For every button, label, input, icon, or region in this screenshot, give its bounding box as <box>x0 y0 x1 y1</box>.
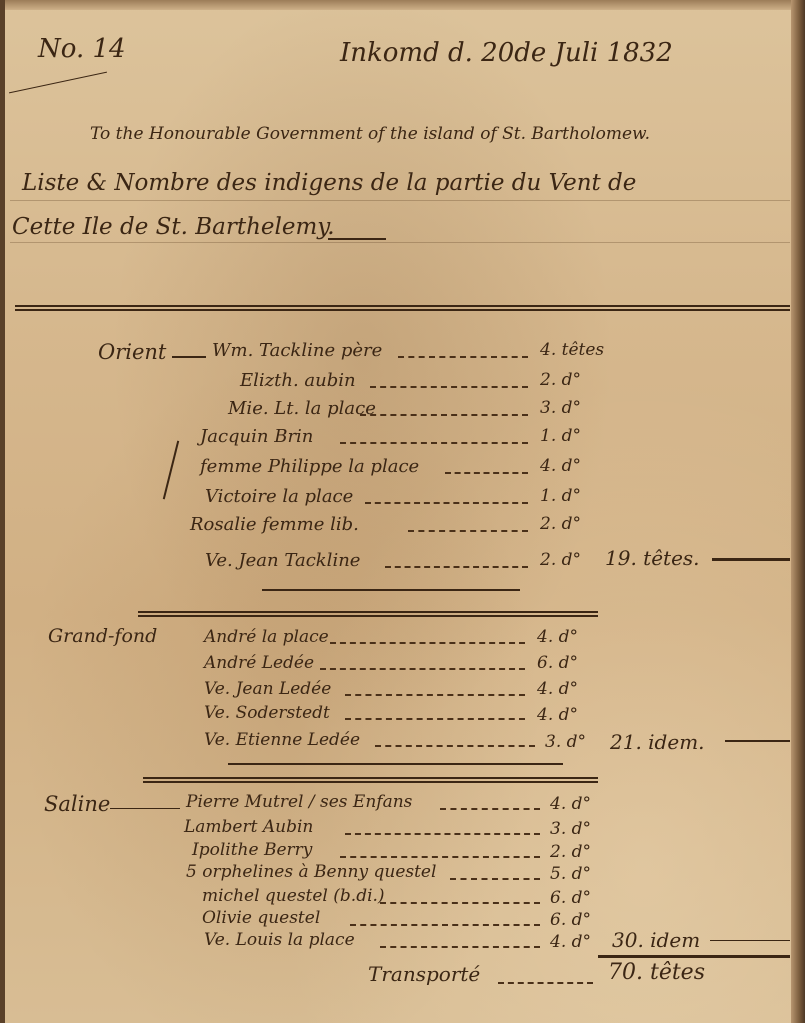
section-underline <box>262 589 520 591</box>
number-flourish <box>9 72 107 94</box>
leader-dots <box>440 808 540 810</box>
section-double-rule <box>143 777 598 779</box>
book-spine-edge <box>791 0 805 1023</box>
entry-name: Victoire la place <box>205 486 353 507</box>
leader-dots <box>498 982 593 984</box>
transport-total: 70. têtes <box>608 960 705 985</box>
entry-count: 3. d° <box>550 819 591 839</box>
entry-name: Wm. Tackline père <box>212 340 382 361</box>
entry-count: 3. d° <box>545 732 586 752</box>
leader-dots <box>380 902 540 904</box>
leader-dots <box>370 386 528 388</box>
leader-dots <box>340 856 540 858</box>
section-underline <box>228 763 563 765</box>
leader-dots <box>408 530 528 532</box>
entry-name: Rosalie femme lib. <box>190 514 359 535</box>
title-line-2: Cette Ile de St. Barthelemy. <box>12 214 335 240</box>
entry-name: michel questel (b.di.) <box>202 886 385 906</box>
entry-name: femme Philippe la place <box>200 456 419 477</box>
entry-count: 2. d° <box>550 842 591 862</box>
page-edge-left <box>0 0 5 1023</box>
entry-count: 1. d° <box>540 426 581 446</box>
total-rule <box>598 955 790 958</box>
entry-count: 2. d° <box>540 514 581 534</box>
entry-count: 2. d° <box>540 370 581 390</box>
document-number: No. 14 <box>38 34 126 64</box>
entry-name: 5 orphelines à Benny questel <box>186 862 436 882</box>
entry-name: Olivie questel <box>202 908 320 928</box>
bracket-stroke <box>163 441 179 500</box>
entry-count: 5. d° <box>550 864 591 884</box>
leader-dots <box>330 642 525 644</box>
address-line: To the Honourable Government of the isla… <box>90 124 650 144</box>
district-label-orient: Orient <box>98 340 166 364</box>
district-label-grand-fond: Grand-fond <box>48 625 157 647</box>
entry-name: Ve. Jean Ledée <box>204 679 331 699</box>
entry-count: 6. d° <box>550 888 591 908</box>
entry-count: 6. d° <box>550 910 591 930</box>
leader-dots <box>350 924 540 926</box>
entry-count: 4. têtes <box>540 340 604 360</box>
district-dash <box>110 808 180 809</box>
leader-dots <box>445 472 528 474</box>
leader-dots <box>345 694 525 696</box>
page-edge-top <box>0 0 805 10</box>
leader-dots <box>340 442 528 444</box>
entry-count: 1. d° <box>540 486 581 506</box>
title-line-1: Liste & Nombre des indigens de la partie… <box>22 170 636 196</box>
leader-dots <box>365 502 528 504</box>
district-label-saline: Saline <box>44 792 110 816</box>
leader-dots <box>345 718 525 720</box>
entry-name: Ve. Louis la place <box>204 930 355 950</box>
section-double-rule <box>138 611 598 613</box>
header-double-rule <box>15 305 790 307</box>
entry-count: 4. d° <box>540 456 581 476</box>
ruled-line <box>10 242 790 243</box>
entry-name: Pierre Mutrel / ses Enfans <box>186 792 412 812</box>
entry-name: Lambert Aubin <box>184 817 313 837</box>
entry-name: Elizth. aubin <box>240 370 356 391</box>
received-dateline: Inkomd d. 20de Juli 1832 <box>340 38 673 68</box>
entry-name: André Ledée <box>204 653 314 673</box>
section-subtotal: 21. idem. <box>610 730 705 754</box>
title-underline <box>328 238 386 240</box>
entry-count: 4. d° <box>550 932 591 952</box>
entry-name: Ve. Jean Tackline <box>205 550 360 571</box>
leader-dots <box>380 946 540 948</box>
section-subtotal: 19. têtes. <box>605 546 700 570</box>
entry-name: Ve. Etienne Ledée <box>204 730 360 750</box>
entry-name: Ipolithe Berry <box>192 840 312 860</box>
entry-name: Jacquin Brin <box>200 426 313 447</box>
subtotal-dash <box>725 740 790 742</box>
subtotal-dash <box>712 558 790 561</box>
entry-name: Ve. Soderstedt <box>204 703 330 723</box>
entry-count: 2. d° <box>540 550 581 570</box>
leader-dots <box>360 414 528 416</box>
entry-name: André la place <box>204 627 329 647</box>
entry-count: 4. d° <box>537 705 578 725</box>
leader-dots <box>385 566 528 568</box>
leader-dots <box>320 668 525 670</box>
transport-label: Transporté <box>368 962 480 986</box>
leader-dots <box>345 833 540 835</box>
ruled-line <box>10 200 790 201</box>
leader-dots <box>375 745 535 747</box>
entry-count: 4. d° <box>537 627 578 647</box>
entry-count: 6. d° <box>537 653 578 673</box>
entry-count: 3. d° <box>540 398 581 418</box>
subtotal-dash <box>710 940 790 941</box>
entry-count: 4. d° <box>550 794 591 814</box>
entry-name: Mie. Lt. la place <box>228 398 376 419</box>
manuscript-page: No. 14 Inkomd d. 20de Juli 1832 To the H… <box>0 0 805 1023</box>
district-dash <box>172 356 206 358</box>
entry-count: 4. d° <box>537 679 578 699</box>
leader-dots <box>398 356 528 358</box>
leader-dots <box>450 878 540 880</box>
section-subtotal: 30. idem <box>612 928 700 952</box>
